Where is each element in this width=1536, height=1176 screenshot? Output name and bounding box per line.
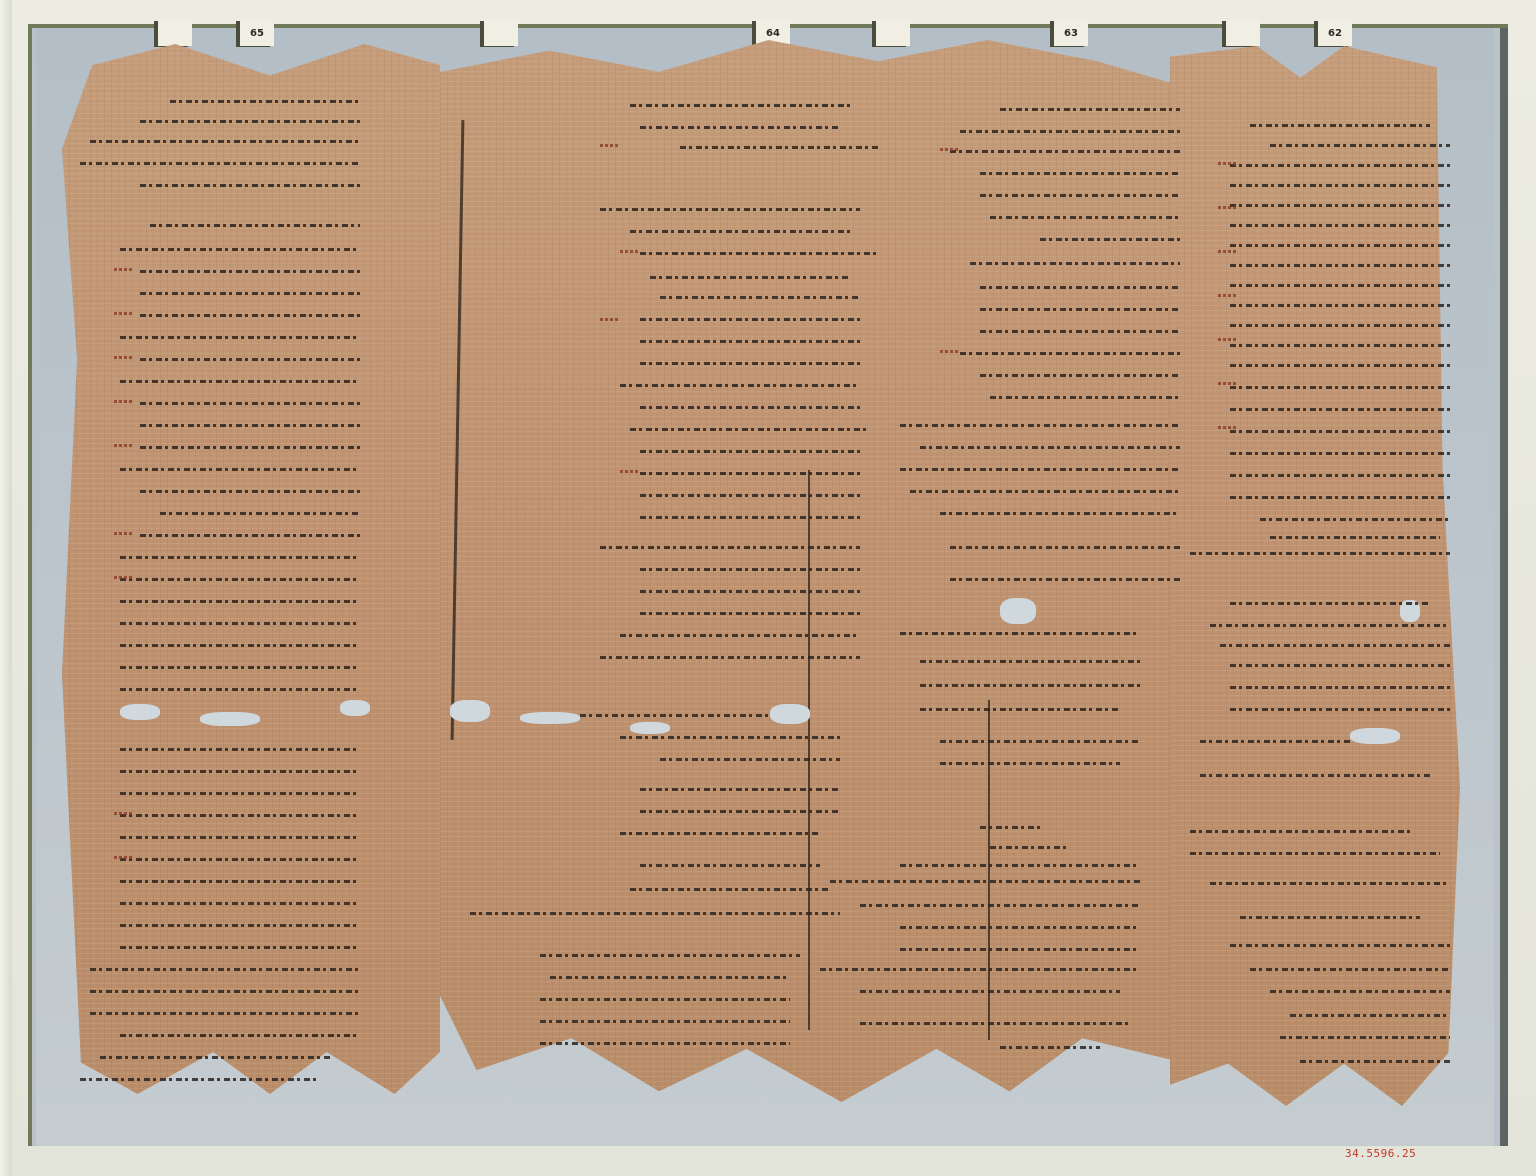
papyrus-hole bbox=[200, 712, 260, 726]
papyrus-hole bbox=[520, 712, 580, 724]
papyrus-hole bbox=[120, 704, 160, 720]
papyrus-crack bbox=[988, 700, 990, 1040]
papyrus-crack bbox=[808, 470, 810, 1030]
papyrus-hole bbox=[450, 700, 490, 722]
papyrus-hole bbox=[1000, 598, 1036, 624]
mat-frame: 65 64 63 62 bbox=[0, 0, 1536, 1176]
papyrus-fragment-center bbox=[440, 40, 1170, 1102]
blank-label bbox=[158, 20, 192, 46]
papyrus-hole bbox=[770, 704, 810, 724]
column-label-63: 63 bbox=[1054, 20, 1088, 46]
papyrus-hole bbox=[630, 722, 670, 734]
mat-edge bbox=[0, 0, 12, 1176]
papyrus-hole bbox=[1350, 728, 1400, 744]
papyrus-fragment-left bbox=[62, 44, 440, 1094]
column-label-62: 62 bbox=[1318, 20, 1352, 46]
papyrus-hole bbox=[340, 700, 370, 716]
accession-number: 34.5596.25 bbox=[1345, 1147, 1416, 1160]
column-label-65: 65 bbox=[240, 20, 274, 46]
blank-label bbox=[876, 20, 910, 46]
blank-label bbox=[484, 20, 518, 46]
blank-label bbox=[1226, 20, 1260, 46]
